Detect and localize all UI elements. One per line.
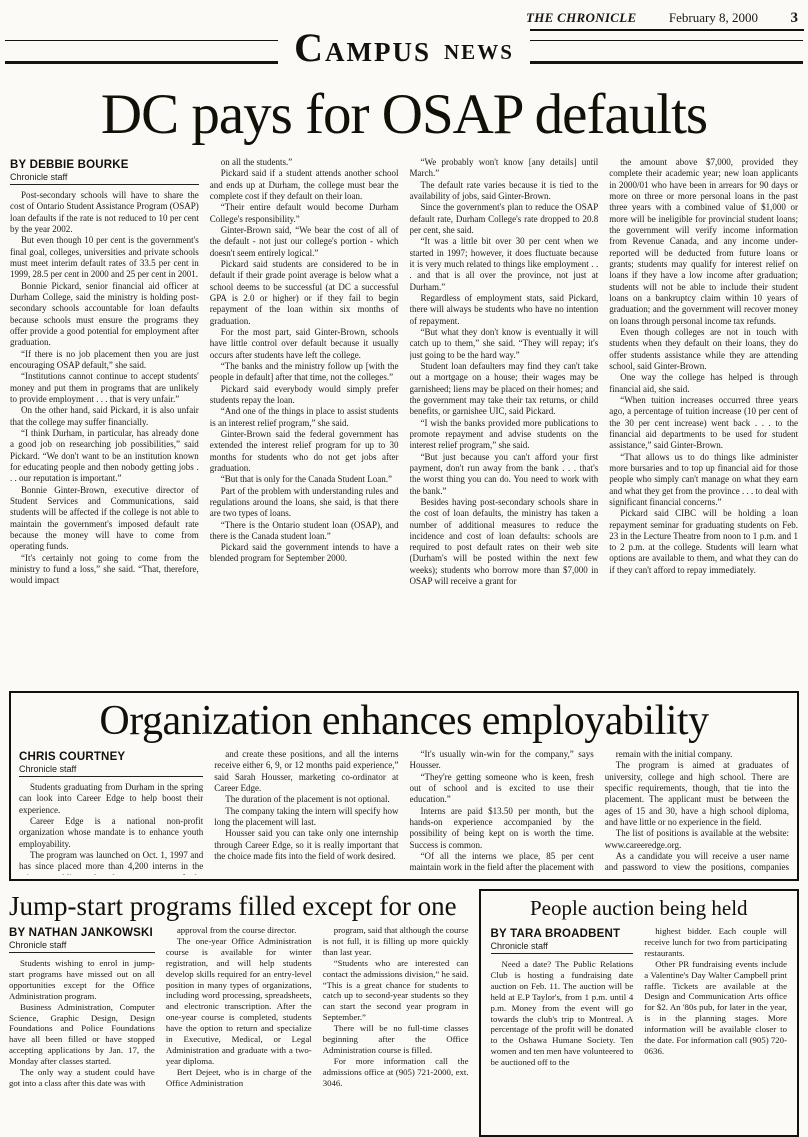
article-column: on all the students.”Pickard said if a s… — [210, 157, 399, 679]
paragraph: The list of positions is available at th… — [605, 828, 789, 851]
paragraph: Students wishing to enrol in jump-start … — [9, 958, 155, 1002]
paragraph: Career Edge is a national non-profit org… — [19, 816, 203, 850]
paragraph: “But that is only for the Canada Student… — [210, 474, 399, 485]
bottom-row: Jump-start programs filled except for on… — [9, 889, 799, 1137]
byline: BY NATHAN JANKOWSKI — [9, 927, 155, 939]
paragraph: “Institutions cannot continue to accept … — [10, 371, 199, 405]
article-column: BY TARA BROADBENT Chronicle staff Need a… — [491, 926, 634, 1104]
byline-block: BY NATHAN JANKOWSKI Chronicle staff — [9, 927, 155, 953]
article-column: the amount above $7,000, provided they c… — [609, 157, 798, 679]
paragraph: The one-year Office Administration cours… — [166, 936, 312, 1067]
article-column: program, said that although the course i… — [323, 925, 469, 1127]
paragraph: The duration of the placement is not opt… — [214, 794, 398, 805]
newspaper-page: THE CHRONICLE February 8, 2000 3 CAMPUS … — [0, 0, 808, 1137]
article-column: “It's usually win-win for the company,” … — [410, 749, 594, 875]
article-column: highest bidder. Each couple will receive… — [644, 926, 787, 1104]
article-column: approval from the course director.The on… — [166, 925, 312, 1127]
column-text: remain with the initial company.The prog… — [605, 749, 789, 875]
paragraph: For more information call the admissions… — [323, 1056, 469, 1089]
paragraph: Pickard said students are considered to … — [210, 259, 399, 327]
paragraph: Students graduating from Durham in the s… — [19, 782, 203, 816]
column-text: and create these positions, and all the … — [214, 749, 398, 862]
paragraph: As a candidate you will receive a user n… — [605, 851, 789, 875]
paragraph: Even though colleges are not in touch wi… — [609, 327, 798, 372]
jumpstart-headline: Jump-start programs filled except for on… — [9, 891, 469, 922]
employability-article: Organization enhances employability CHRI… — [9, 691, 799, 881]
column-text: “We probably won't know [any details] un… — [410, 157, 599, 587]
paragraph: “Of all the interns we place, 85 per cen… — [410, 851, 594, 875]
paragraph: The program is aimed at graduates of uni… — [605, 760, 789, 828]
article-column: BY NATHAN JANKOWSKI Chronicle staff Stud… — [9, 925, 155, 1127]
paragraph: There will be no full-time classes begin… — [323, 1023, 469, 1056]
column-text: Students graduating from Durham in the s… — [19, 782, 203, 875]
paragraph: “It was a little bit over 30 per cent wh… — [410, 236, 599, 293]
paragraph: Bonnie Pickard, senior financial aid off… — [10, 281, 199, 349]
paragraph: One way the college has helped is throug… — [609, 372, 798, 395]
column-text: on all the students.”Pickard said if a s… — [210, 157, 399, 565]
article-column: remain with the initial company.The prog… — [605, 749, 789, 875]
article-column: and create these positions, and all the … — [214, 749, 398, 875]
paragraph: Since the government's plan to reduce th… — [410, 202, 599, 236]
byline: CHRIS COURTNEY — [19, 751, 203, 763]
paragraph: On the other hand, said Pickard, it is a… — [10, 405, 199, 428]
paragraph: Need a date? The Public Relations Club i… — [491, 959, 634, 1068]
paragraph: Regardless of employment stats, said Pic… — [410, 293, 599, 327]
paragraph: Bert Dejeet, who is in charge of the Off… — [166, 1067, 312, 1089]
column-text: program, said that although the course i… — [323, 925, 469, 1089]
byline: BY DEBBIE BOURKE — [10, 159, 199, 171]
column-text: Students wishing to enrol in jump-start … — [9, 958, 155, 1089]
paragraph: “We probably won't know [any details] un… — [410, 157, 599, 180]
paragraph: “But what they don't know is eventually … — [410, 327, 599, 361]
byline-credit: Chronicle staff — [19, 763, 203, 777]
paragraph: and create these positions, and all the … — [214, 749, 398, 794]
paragraph: “I wish the banks provided more publicat… — [410, 418, 599, 452]
paragraph: The only way a student could have got in… — [9, 1067, 155, 1089]
paragraph: remain with the initial company. — [605, 749, 789, 760]
paragraph: “Students who are interested can contact… — [323, 958, 469, 1023]
article-column: CHRIS COURTNEY Chronicle staff Students … — [19, 749, 203, 875]
byline-credit: Chronicle staff — [9, 939, 155, 953]
paragraph: Other PR fundraising events include a Va… — [644, 959, 787, 1057]
paragraph: Business Administration, Computer Scienc… — [9, 1002, 155, 1067]
paragraph: Pickard said CIBC will be holding a loan… — [609, 508, 798, 576]
column-text: “It's usually win-win for the company,” … — [410, 749, 594, 875]
paragraph: “But just because you can't afford your … — [410, 452, 599, 497]
byline-credit: Chronicle staff — [491, 940, 634, 954]
paragraph: “The banks and the ministry follow up [w… — [210, 361, 399, 384]
paragraph: The company taking the intern will speci… — [214, 806, 398, 829]
paragraph: The default rate varies because it is ti… — [410, 180, 599, 203]
section-title: CAMPUS NEWS — [0, 24, 808, 71]
column-text: Post-secondary schools will have to shar… — [10, 190, 199, 586]
paragraph: “If there is no job placement then you a… — [10, 349, 199, 372]
paragraph: “Their entire default would become Durha… — [210, 202, 399, 225]
paragraph: “There is the Ontario student loan (OSAP… — [210, 520, 399, 543]
paragraph: “I think Durham, in particular, has alre… — [10, 428, 199, 485]
paragraph: Pickard said everybody would simply pref… — [210, 384, 399, 407]
paragraph: Part of the problem with understanding r… — [210, 486, 399, 520]
byline: BY TARA BROADBENT — [491, 928, 634, 940]
main-article-body: BY DEBBIE BOURKE Chronicle staff Post-se… — [0, 155, 808, 685]
paragraph: Housser said you can take only one inter… — [214, 828, 398, 862]
employability-body: CHRIS COURTNEY Chronicle staff Students … — [19, 749, 789, 875]
article-column: BY DEBBIE BOURKE Chronicle staff Post-se… — [10, 157, 199, 679]
column-text: Need a date? The Public Relations Club i… — [491, 959, 634, 1068]
paragraph: highest bidder. Each couple will receive… — [644, 926, 787, 959]
section-title-news: NEWS — [444, 40, 514, 65]
main-headline: DC pays for OSAP defaults — [0, 82, 808, 147]
paragraph: Ginter-Brown said, “We bear the cost of … — [210, 225, 399, 259]
jumpstart-article: Jump-start programs filled except for on… — [9, 889, 469, 1137]
paragraph: approval from the course director. — [166, 925, 312, 936]
paragraph: Student loan defaulters may find they ca… — [410, 361, 599, 418]
paragraph: the amount above $7,000, provided they c… — [609, 157, 798, 327]
auction-body: BY TARA BROADBENT Chronicle staff Need a… — [491, 926, 787, 1104]
column-text: the amount above $7,000, provided they c… — [609, 157, 798, 576]
paragraph: But even though 10 per cent is the gover… — [10, 235, 199, 280]
paragraph: Bonnie Ginter-Brown, executive director … — [10, 485, 199, 553]
main-article: DC pays for OSAP defaults BY DEBBIE BOUR… — [0, 82, 808, 685]
paragraph: Interns are paid $13.50 per month, but t… — [410, 806, 594, 851]
section-title-campus: CAMPUS — [294, 24, 431, 71]
byline-block: BY DEBBIE BOURKE Chronicle staff — [10, 159, 199, 185]
column-text: approval from the course director.The on… — [166, 925, 312, 1089]
paragraph: program, said that although the course i… — [323, 925, 469, 958]
paragraph: Pickard said the government intends to h… — [210, 542, 399, 565]
paragraph: “That allows us to do things like admini… — [609, 452, 798, 509]
section-banner: CAMPUS NEWS — [0, 28, 808, 70]
byline-block: CHRIS COURTNEY Chronicle staff — [19, 751, 203, 777]
auction-headline: People auction being held — [491, 896, 787, 921]
paragraph: “It's certainly not going to come from t… — [10, 553, 199, 587]
column-text: highest bidder. Each couple will receive… — [644, 926, 787, 1057]
byline-credit: Chronicle staff — [10, 171, 199, 185]
byline-block: BY TARA BROADBENT Chronicle staff — [491, 928, 634, 954]
paragraph: The program was launched on Oct. 1, 1997… — [19, 850, 203, 875]
paragraph: “It's usually win-win for the company,” … — [410, 749, 594, 772]
jumpstart-body: BY NATHAN JANKOWSKI Chronicle staff Stud… — [9, 925, 469, 1127]
paragraph: Ginter-Brown said the federal government… — [210, 429, 399, 474]
paragraph: Post-secondary schools will have to shar… — [10, 190, 199, 235]
paragraph: Besides having post-secondary schools sh… — [410, 497, 599, 588]
paragraph: For the most part, said Ginter-Brown, sc… — [210, 327, 399, 361]
auction-article: People auction being held BY TARA BROADB… — [479, 889, 799, 1137]
article-column: “We probably won't know [any details] un… — [410, 157, 599, 679]
paragraph: Pickard said if a student attends anothe… — [210, 168, 399, 202]
paragraph: on all the students.” — [210, 157, 399, 168]
paragraph: “When tuition increases occurred three y… — [609, 395, 798, 452]
employability-headline: Organization enhances employability — [19, 697, 789, 745]
paragraph: “They're getting someone who is keen, fr… — [410, 772, 594, 806]
paragraph: “And one of the things in place to assis… — [210, 406, 399, 429]
